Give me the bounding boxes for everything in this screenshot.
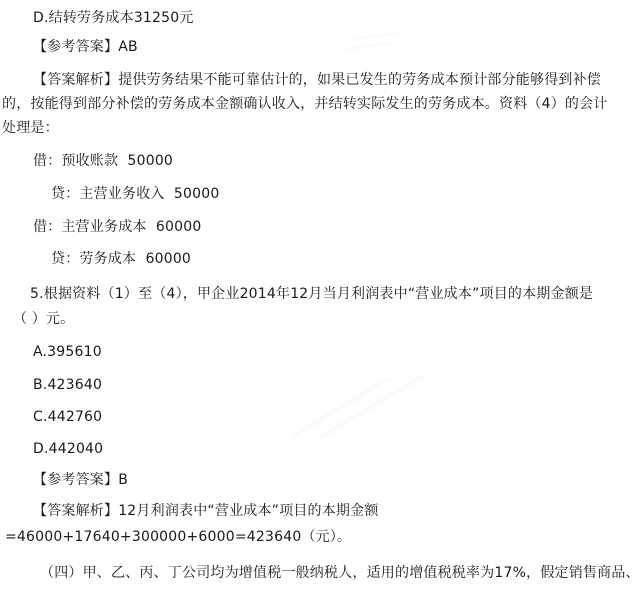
reference-answer-label-b: 【参考答案】B <box>33 472 128 488</box>
question-5-option-d: D.442040 <box>33 441 103 457</box>
analysis-2-line-1: 【答案解析】12月利润表中“营业成本”项目的本期金额 <box>33 503 379 519</box>
watermark-smudge-middle <box>286 375 431 441</box>
question-5-stem-line-1: 5.根据资料（1）至（4），甲企业2014年12月当月利润表中“营业成本”项目的… <box>30 286 593 302</box>
question-5-option-a: A.395610 <box>33 344 102 360</box>
journal-entry-credit-labor-cost: 贷：劳务成本 60000 <box>51 251 191 267</box>
analysis-1-line-1: 【答案解析】提供劳务结果不能可靠估计的，如果已发生的劳务成本预计部分能够得到补偿 <box>33 72 601 88</box>
question-5-option-b: B.423640 <box>33 377 102 393</box>
question-5-stem-line-2: （ ）元。 <box>13 311 74 327</box>
prev-question-option-d: D.结转劳务成本31250元 <box>33 10 194 26</box>
journal-entry-debit-main-cost: 借：主营业务成本 60000 <box>33 219 201 235</box>
analysis-1-line-2: 的，按能得到部分补偿的劳务成本金额确认收入，并结转实际发生的劳务成本。资料（4）… <box>2 96 608 112</box>
reference-answer-label-ab: 【参考答案】AB <box>33 39 138 55</box>
journal-entry-credit-main-revenue: 贷：主营业务收入 50000 <box>51 186 219 202</box>
section-4-intro: （四）甲、乙、丙、丁公司均为增值税一般纳税人，适用的增值税税率为17%，假定销售… <box>40 565 636 581</box>
journal-entry-debit-prepaid-accounts: 借：预收账款 50000 <box>33 153 173 169</box>
exam-document-page: D.结转劳务成本31250元 【参考答案】AB 【答案解析】提供劳务结果不能可靠… <box>0 0 636 589</box>
analysis-2-calculation: =46000+17640+300000+6000=423640（元）。 <box>5 529 351 545</box>
watermark-smudge-top <box>344 14 399 69</box>
question-5-option-c: C.442760 <box>33 409 102 425</box>
analysis-1-line-3: 处理是： <box>2 120 59 136</box>
